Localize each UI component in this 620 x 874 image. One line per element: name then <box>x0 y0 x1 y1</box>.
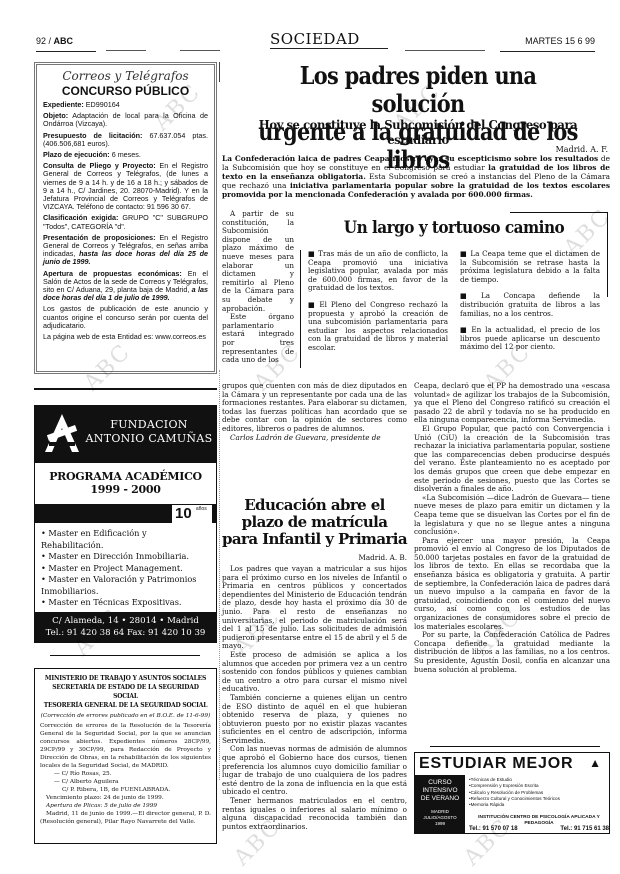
course-item: • Master en Técnicas Expositivas. <box>41 597 210 609</box>
sidebar-title: Un largo y tortuoso camino <box>315 218 592 238</box>
ad-field: Clasificación exigida: GRUPO "C" SUBGRUP… <box>43 214 208 230</box>
article-column-right: Ceapa, declaró que el PP ha demostrado u… <box>414 382 610 674</box>
course-item: • Master en Project Management. <box>41 563 210 575</box>
ad-estudiar-mejor: ESTUDIAR MEJOR ▲ CURSO INTENSIVO DE VERA… <box>414 752 610 834</box>
course-topics: •Técnicas de Estudio •Comprensión y Expr… <box>469 777 609 808</box>
ad-field: Presentación de proposiciones: En el Reg… <box>43 234 208 267</box>
program-title: PROGRAMA ACADÉMICO 1999 - 2000 <box>35 463 216 505</box>
ministry-secretariat: SECRETARÍA DE ESTADO DE LA SEGURIDAD SOC… <box>40 683 211 701</box>
tree-logo-icon: ▲ <box>589 756 601 770</box>
article-subheadline: Hoy se constituye la Subcomisión del Con… <box>232 117 604 147</box>
page-number: 92 / ABC <box>36 36 96 52</box>
paper-name: ABC <box>54 36 74 46</box>
article-byline: Madrid. A. F. <box>520 145 608 154</box>
second-article-headline: Educación abre el plazo de matrícula par… <box>222 497 407 548</box>
ad-title: CONCURSO PÚBLICO <box>43 84 208 98</box>
divider <box>34 388 217 390</box>
ad-field: Plazo de ejecución: 6 meses. <box>43 151 208 159</box>
sidebar-box: Un largo y tortuoso camino ■Tras más de … <box>300 212 608 372</box>
ad-web-link[interactable]: La página web de esta Entidad es: www.co… <box>43 333 208 341</box>
section-title: SOCIEDAD <box>270 30 388 49</box>
ad-field: Apertura de propuestas económicas: En el… <box>43 270 208 303</box>
notice-item: C/ P. Ribera, 1B, de FUENLABRADA. <box>40 786 211 794</box>
course-list: • Master en Edificación y Rehabilitación… <box>35 523 216 609</box>
sidebar-col-left: ■Tras más de un año de conflicto, la Cea… <box>308 250 448 361</box>
article-column-mid: grupos que cuenten con más de diez diput… <box>222 382 407 442</box>
article-column-narrow: A partir de su constitución, la Subcomis… <box>222 210 294 365</box>
header-rule <box>106 50 146 51</box>
box-border <box>510 212 607 213</box>
correction-note: (Corrección de errores publicado en el B… <box>40 712 211 720</box>
ad-field: Expediente: ED990164 <box>43 101 208 109</box>
notice-item: — C/ Alberto Aguilera <box>40 778 211 786</box>
page-number-text: 92 / <box>36 36 51 46</box>
fundacion-name: FUNDACION ANTONIO CAMUÑAS <box>85 418 213 446</box>
sidebar-bullet: ■El Pleno del Congreso rechazó la propue… <box>308 301 448 353</box>
ministry-treasury: TESORERÍA GENERAL DE LA SEGURIDAD SOCIAL <box>40 701 211 710</box>
divider <box>50 655 200 656</box>
sidebar-bullet: ■En la actualidad, el precio de los libr… <box>460 326 600 352</box>
issue-date: MARTES 15 6 99 <box>500 36 595 52</box>
sidebar-bullet: ■La Ceapa teme que el dictamen de la Sub… <box>460 250 600 284</box>
ad-brand: Correos y Telégrafos <box>43 69 208 84</box>
article-lead: La Confederación laica de padres Ceapa m… <box>222 154 610 199</box>
sidebar-bullet: ■La Concapa defiende la distribución gra… <box>460 292 600 318</box>
notice-deadline: Vencimiento plazo: 24 de junio de 1999. <box>40 794 211 802</box>
header-rule <box>405 50 485 51</box>
ad-ministerio-notice: MINISTERIO DE TRABAJO Y ASUNTOS SOCIALES… <box>34 668 217 844</box>
sidebar-bullet: ■Tras más de un año de conflicto, la Cea… <box>308 250 448 293</box>
notice-signature: Madrid, 11 de junio de 1999.—El director… <box>40 810 211 826</box>
course-badge: CURSO INTENSIVO DE VERANO MADRID JULIO/A… <box>415 775 465 834</box>
divider <box>430 746 600 747</box>
fundacion-logo-icon <box>43 412 81 454</box>
course-item: • Master en Dirección Inmobiliaria. <box>41 551 210 563</box>
course-item: • Master en Edificación y Rehabilitación… <box>41 528 210 551</box>
column-rule <box>219 62 220 82</box>
ad-field: Presupuesto de licitación: 67.637.054 pt… <box>43 132 208 148</box>
notice-item: — C/ Río Rosas, 25. <box>40 770 211 778</box>
notice-opening: Apertura de Plicas: 5 de julio de 1999 <box>40 802 211 810</box>
ad-correos-concurso: Correos y Telégrafos CONCURSO PÚBLICO Ex… <box>34 62 217 374</box>
ad-note: Los gastos de publicación de este anunci… <box>43 305 208 330</box>
anniversary-bar: 10 años <box>35 505 216 523</box>
box-border <box>607 212 608 297</box>
ministry-name: MINISTERIO DE TRABAJO Y ASUNTOS SOCIALES <box>40 674 211 683</box>
course-item: • Master en Valoración y Patrimonios Inm… <box>41 574 210 597</box>
ad-banner: FUNDACION ANTONIO CAMUÑAS <box>35 406 216 463</box>
anniversary-badge: 10 años <box>172 505 212 523</box>
notice-body: Corrección de errores de la Resolución d… <box>40 722 211 770</box>
sidebar-col-right: ■La Ceapa teme que el dictamen de la Sub… <box>460 250 600 360</box>
second-article-byline: Madrid. A. B. <box>222 553 407 562</box>
ad-field: Consulta de Pliego y Proyecto: En el Reg… <box>43 162 208 211</box>
box-border <box>300 250 301 368</box>
header-rule <box>180 50 220 51</box>
ad-fundacion-camunas: FUNDACION ANTONIO CAMUÑAS PROGRAMA ACADÉ… <box>34 405 217 643</box>
ad-field: Objeto: Adaptación de local para la Ofic… <box>43 112 208 128</box>
ad-title: ESTUDIAR MEJOR <box>419 755 573 773</box>
contact-bar: C/ Alameda, 14 • 28014 • Madrid Tel.: 91… <box>35 612 216 642</box>
contact-phones: Tel.: 91 570 07 18 Tel.: 91 715 61 38 <box>469 826 609 832</box>
column-rule <box>219 370 220 780</box>
second-article-body: Los padres que vayan a matricular a sus … <box>222 565 407 831</box>
